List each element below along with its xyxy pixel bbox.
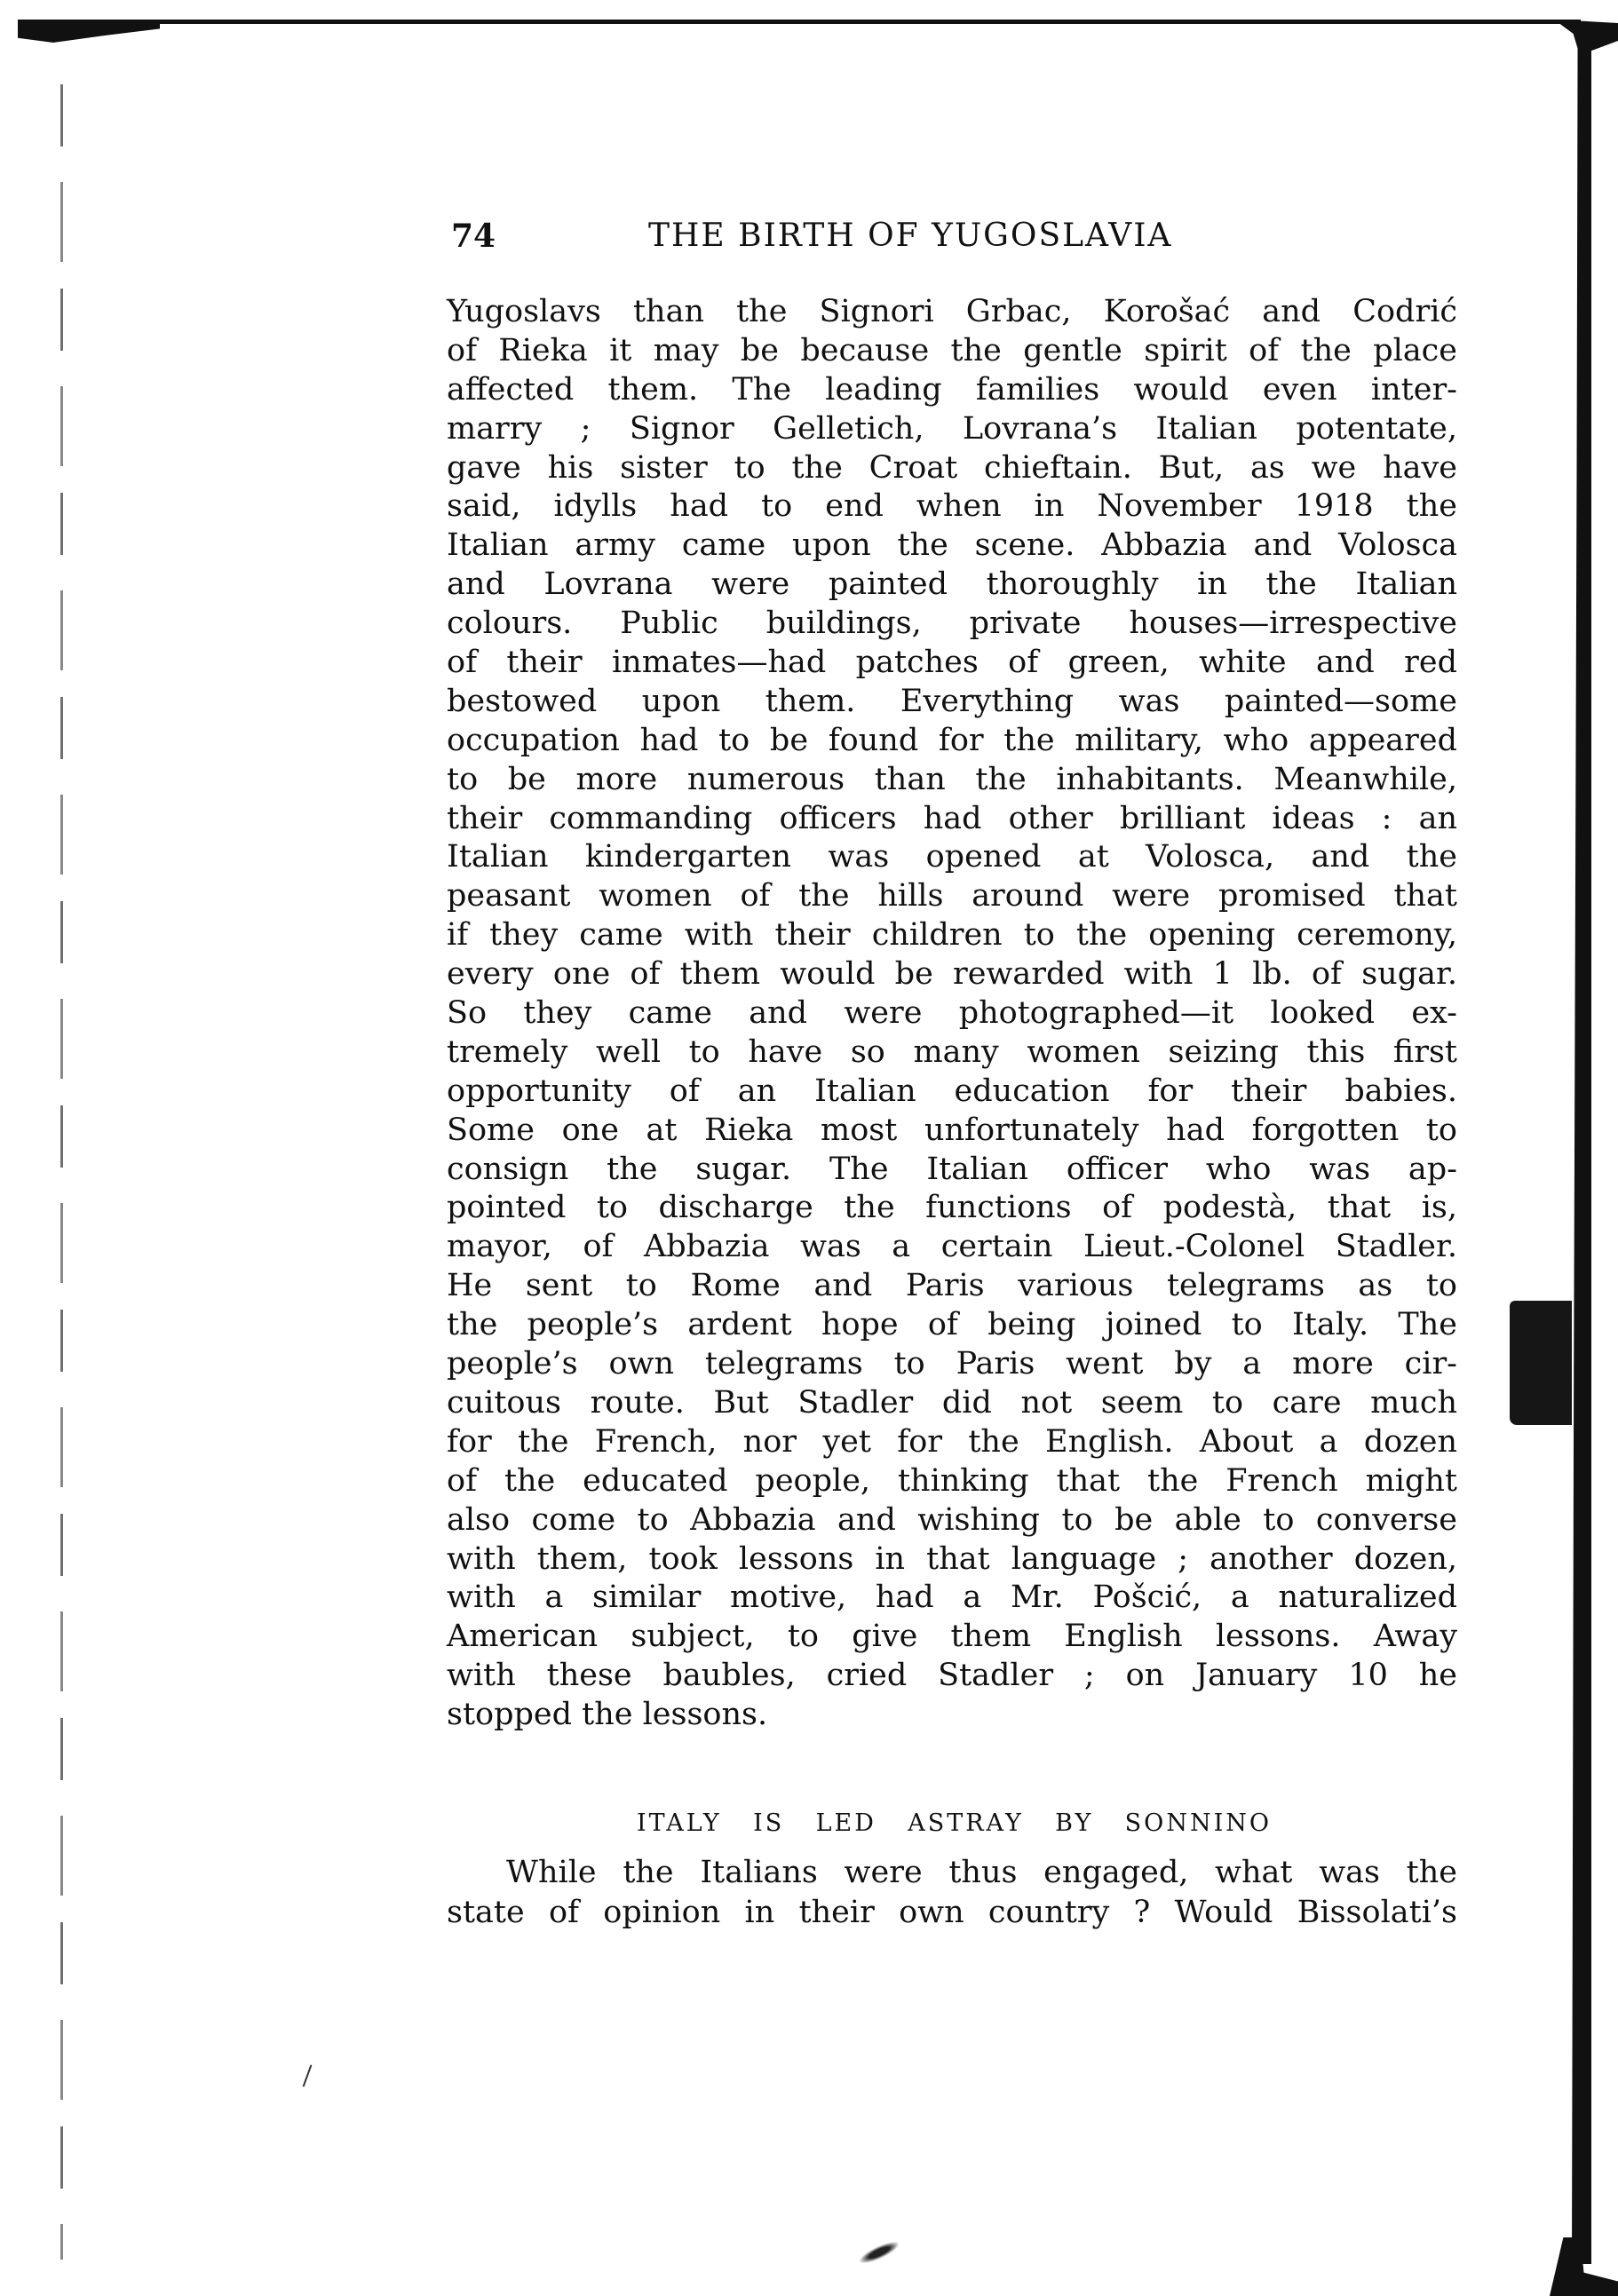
text-line: state of opinion in their own country ? …: [447, 1893, 1457, 1933]
section-paragraph: While the Italians were thus engaged, wh…: [447, 1853, 1457, 1933]
text-line: consign the sugar. The Italian officer w…: [447, 1151, 1457, 1190]
scan-border-left: [60, 84, 63, 2260]
text-line: marry ; Signor Gelletich, Lovrana’s Ital…: [447, 410, 1457, 449]
text-line: stopped the lessons.: [447, 1696, 1457, 1735]
section-heading: ITALY IS LED ASTRAY BY SONNINO: [637, 1808, 1272, 1840]
scan-border-right: [1572, 27, 1591, 2264]
text-line: the people’s ardent hope of being joined…: [447, 1306, 1457, 1345]
text-line: Italian kindergarten was opened at Volos…: [447, 838, 1457, 877]
text-line: of the educated people, thinking that th…: [447, 1462, 1457, 1501]
scan-border-top-left: [18, 20, 160, 43]
text-line: peasant women of the hills around were p…: [447, 877, 1457, 916]
text-line: if they came with their children to the …: [447, 916, 1457, 955]
text-line: Italian army came upon the scene. Abbazi…: [447, 526, 1457, 566]
text-line: While the Italians were thus engaged, wh…: [447, 1853, 1457, 1893]
pencil-mark: [303, 2064, 313, 2086]
text-line: with these baubles, cried Stadler ; on J…: [447, 1657, 1457, 1696]
text-line: and Lovrana were painted thoroughly in t…: [447, 566, 1457, 605]
text-line: gave his sister to the Croat chieftain. …: [447, 449, 1457, 488]
text-line: said, idylls had to end when in November…: [447, 487, 1457, 526]
text-line: mayor, of Abbazia was a certain Lieut.-C…: [447, 1228, 1457, 1267]
text-line: also come to Abbazia and wishing to be a…: [447, 1501, 1457, 1540]
page-number: 74: [451, 218, 496, 254]
scan-shadow-blob: [1510, 1301, 1572, 1425]
scan-border-top: [27, 20, 1581, 24]
text-line: occupation had to be found for the milit…: [447, 722, 1457, 761]
text-line: He sent to Rome and Paris various telegr…: [447, 1267, 1457, 1306]
text-line: American subject, to give them English l…: [447, 1618, 1457, 1657]
text-line: for the French, nor yet for the English.…: [447, 1423, 1457, 1462]
text-line: of their inmates—had patches of green, w…: [447, 644, 1457, 683]
text-line: to be more numerous than the inhabitants…: [447, 761, 1457, 800]
text-line: every one of them would be rewarded with…: [447, 955, 1457, 994]
text-line: Yugoslavs than the Signori Grbac, Koroša…: [447, 293, 1457, 332]
text-line: of Rieka it may be because the gentle sp…: [447, 332, 1457, 371]
body-paragraph: Yugoslavs than the Signori Grbac, Koroša…: [447, 293, 1457, 1735]
text-line: Some one at Rieka most unfortunately had…: [447, 1112, 1457, 1151]
text-line: their commanding officers had other bril…: [447, 800, 1457, 839]
text-line: cuitous route. But Stadler did not seem …: [447, 1384, 1457, 1423]
text-line: with a similar motive, had a Mr. Pošcić,…: [447, 1579, 1457, 1618]
text-line: So they came and were photographed—it lo…: [447, 994, 1457, 1033]
text-line: bestowed upon them. Everything was paint…: [447, 683, 1457, 722]
text-line: colours. Public buildings, private house…: [447, 605, 1457, 644]
text-line: with them, took lessons in that language…: [447, 1540, 1457, 1579]
text-line: pointed to discharge the functions of po…: [447, 1189, 1457, 1228]
text-line: opportunity of an Italian education for …: [447, 1073, 1457, 1112]
running-title: THE BIRTH OF YUGOSLAVIA: [648, 218, 1270, 254]
text-line: people’s own telegrams to Paris went by …: [447, 1345, 1457, 1384]
text-line: affected them. The leading families woul…: [447, 371, 1457, 410]
text-line: tremely well to have so many women seizi…: [447, 1033, 1457, 1073]
ink-smudge: [856, 2237, 901, 2268]
